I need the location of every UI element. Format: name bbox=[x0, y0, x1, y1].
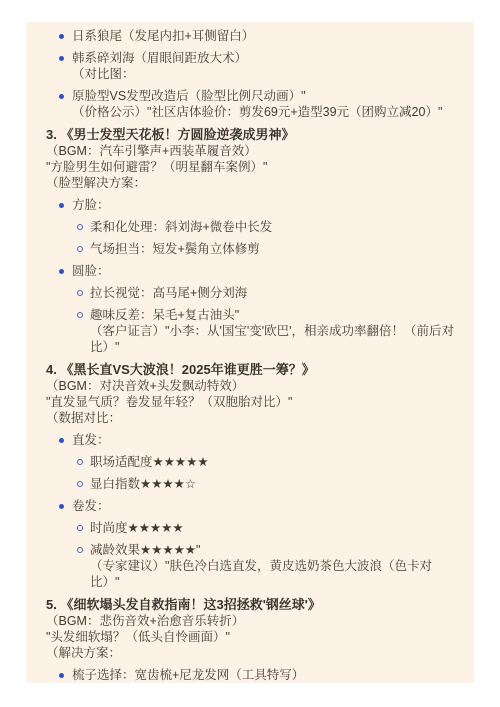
bullet-text: 拉长视觉：高马尾+侧分刘海 bbox=[90, 285, 458, 301]
text-line: "方脸男生如何避雷？（明星翻车案例）" bbox=[46, 159, 458, 175]
bullet-item: 方脸： bbox=[46, 197, 458, 213]
bullet-body: 气场担当：短发+鬓角立体修剪 bbox=[90, 241, 458, 257]
bullet-body: 趣味反差：呆毛+复古油头"（客户证言）"小李：从'国宝'变'欧巴'，相亲成功率翻… bbox=[90, 307, 458, 355]
text-line: （BGM：对决音效+头发飘动特效） bbox=[46, 378, 458, 394]
bullet-text: 职场适配度★★★★★ bbox=[90, 454, 458, 470]
bullet-body: 梳子选择：宽齿梳+尼龙发网（工具特写） bbox=[72, 667, 458, 683]
continuation-line: （对比图： bbox=[72, 66, 458, 82]
bullet-icon bbox=[59, 438, 64, 443]
bullet-item: 圆脸： bbox=[46, 263, 458, 279]
bullet-item: 职场适配度★★★★★ bbox=[46, 454, 458, 470]
text-line: （BGM：汽车引擎声+西装革履音效） bbox=[46, 143, 458, 159]
sub-bullet-icon bbox=[77, 312, 83, 318]
bullet-body: 韩系碎刘海（眉眼间距放大术）（对比图： bbox=[72, 50, 458, 82]
continuation-line: （专家建议）"肤色冷白选直发，黄皮选奶茶色大波浪（色卡对比）" bbox=[90, 558, 458, 590]
bullet-text: 韩系碎刘海（眉眼间距放大术） bbox=[72, 50, 458, 66]
heading-title: 《黑长直VS大波浪！2025年谁更胜一筹？》 bbox=[60, 362, 314, 377]
bullet-body: 日系狼尾（发尾内扣+耳侧留白） bbox=[72, 28, 458, 44]
bullet-item: 韩系碎刘海（眉眼间距放大术）（对比图： bbox=[46, 50, 458, 82]
sub-bullet-icon bbox=[77, 224, 83, 230]
heading-number: 3. bbox=[46, 127, 60, 142]
text-line: （解决方案： bbox=[46, 645, 458, 661]
bullet-icon bbox=[59, 269, 64, 274]
bullet-text: 时尚度★★★★★ bbox=[90, 520, 458, 536]
bullet-body: 显白指数★★★★☆ bbox=[90, 476, 458, 492]
bullet-icon bbox=[59, 34, 64, 39]
bullet-item: 日系狼尾（发尾内扣+耳侧留白） bbox=[46, 28, 458, 44]
text-line: （数据对比： bbox=[46, 410, 458, 426]
bullet-item: 减龄效果★★★★★"（专家建议）"肤色冷白选直发，黄皮选奶茶色大波浪（色卡对比）… bbox=[46, 542, 458, 590]
section-heading: 3. 《男士发型天花板！方圆脸逆袭成男神》 bbox=[46, 127, 458, 143]
bullet-item: 卷发： bbox=[46, 498, 458, 514]
bullet-item: 梳子选择：宽齿梳+尼龙发网（工具特写） bbox=[46, 667, 458, 683]
sub-bullet-icon bbox=[77, 290, 83, 296]
bullet-icon bbox=[59, 203, 64, 208]
bullet-text: 气场担当：短发+鬓角立体修剪 bbox=[90, 241, 458, 257]
bullet-icon bbox=[59, 673, 64, 678]
section-heading: 4. 《黑长直VS大波浪！2025年谁更胜一筹？》 bbox=[46, 362, 458, 378]
paragraph: （BGM：悲伤音效+治愈音乐转折）"头发细软塌？（低头自怜画面）"（解决方案： bbox=[46, 613, 458, 661]
bullet-text: 圆脸： bbox=[72, 263, 458, 279]
bullet-body: 减龄效果★★★★★"（专家建议）"肤色冷白选直发，黄皮选奶茶色大波浪（色卡对比）… bbox=[90, 542, 458, 590]
sub-bullet-icon bbox=[77, 459, 83, 465]
heading-title: 《细软塌头发自救指南！这3招拯救'钢丝球'》 bbox=[60, 597, 320, 612]
bullet-text: 日系狼尾（发尾内扣+耳侧留白） bbox=[72, 28, 458, 44]
paragraph: （BGM：汽车引擎声+西装革履音效）"方脸男生如何避雷？（明星翻车案例）"（脸型… bbox=[46, 143, 458, 191]
bullet-text: 原脸型VS发型改造后（脸型比例尺动画）" bbox=[72, 88, 458, 104]
text-line: "头发细软塌？（低头自怜画面）" bbox=[46, 629, 458, 645]
bullet-text: 显白指数★★★★☆ bbox=[90, 476, 458, 492]
bullet-body: 卷发： bbox=[72, 498, 458, 514]
bullet-item: 趣味反差：呆毛+复古油头"（客户证言）"小李：从'国宝'变'欧巴'，相亲成功率翻… bbox=[46, 307, 458, 355]
heading-title: 《男士发型天花板！方圆脸逆袭成男神》 bbox=[60, 127, 294, 142]
bullet-body: 直发： bbox=[72, 432, 458, 448]
bullet-item: 显白指数★★★★☆ bbox=[46, 476, 458, 492]
bullet-item: 直发： bbox=[46, 432, 458, 448]
bullet-item: 柔和化处理：斜刘海+微卷中长发 bbox=[46, 219, 458, 235]
sub-bullet-icon bbox=[77, 481, 83, 487]
bullet-icon bbox=[59, 94, 64, 99]
bullet-item: 拉长视觉：高马尾+侧分刘海 bbox=[46, 285, 458, 301]
bullet-body: 拉长视觉：高马尾+侧分刘海 bbox=[90, 285, 458, 301]
bullet-item: 气场担当：短发+鬓角立体修剪 bbox=[46, 241, 458, 257]
bullet-body: 职场适配度★★★★★ bbox=[90, 454, 458, 470]
heading-number: 4. bbox=[46, 362, 60, 377]
sub-bullet-icon bbox=[77, 246, 83, 252]
bullet-icon bbox=[59, 504, 64, 509]
bullet-body: 柔和化处理：斜刘海+微卷中长发 bbox=[90, 219, 458, 235]
bullet-body: 原脸型VS发型改造后（脸型比例尺动画）"（价格公示）"社区店体验价：剪发69元+… bbox=[72, 88, 458, 120]
bullet-text: 趣味反差：呆毛+复古油头" bbox=[90, 307, 458, 323]
bullet-text: 柔和化处理：斜刘海+微卷中长发 bbox=[90, 219, 458, 235]
bullet-text: 卷发： bbox=[72, 498, 458, 514]
continuation-line: （价格公示）"社区店体验价：剪发69元+造型39元（团购立减20）" bbox=[72, 104, 458, 120]
bullet-text: 减龄效果★★★★★" bbox=[90, 542, 458, 558]
bullet-body: 方脸： bbox=[72, 197, 458, 213]
sub-bullet-icon bbox=[77, 547, 83, 553]
bullet-body: 圆脸： bbox=[72, 263, 458, 279]
bullet-body: 时尚度★★★★★ bbox=[90, 520, 458, 536]
bullet-text: 直发： bbox=[72, 432, 458, 448]
bullet-item: 时尚度★★★★★ bbox=[46, 520, 458, 536]
text-line: "直发显气质？卷发显年轻？（双胞胎对比）" bbox=[46, 394, 458, 410]
bullet-text: 梳子选择：宽齿梳+尼龙发网（工具特写） bbox=[72, 667, 458, 683]
bullet-item: 原脸型VS发型改造后（脸型比例尺动画）"（价格公示）"社区店体验价：剪发69元+… bbox=[46, 88, 458, 120]
bullet-text: 方脸： bbox=[72, 197, 458, 213]
section-heading: 5. 《细软塌头发自救指南！这3招拯救'钢丝球'》 bbox=[46, 597, 458, 613]
paragraph: （BGM：对决音效+头发飘动特效）"直发显气质？卷发显年轻？（双胞胎对比）"（数… bbox=[46, 378, 458, 426]
document-panel: 日系狼尾（发尾内扣+耳侧留白）韩系碎刘海（眉眼间距放大术）（对比图：原脸型VS发… bbox=[26, 22, 474, 683]
text-line: （BGM：悲伤音效+治愈音乐转折） bbox=[46, 613, 458, 629]
sub-bullet-icon bbox=[77, 525, 83, 531]
text-line: （脸型解决方案： bbox=[46, 175, 458, 191]
continuation-line: （客户证言）"小李：从'国宝'变'欧巴'，相亲成功率翻倍！（前后对比）" bbox=[90, 323, 458, 355]
heading-number: 5. bbox=[46, 597, 60, 612]
bullet-icon bbox=[59, 56, 64, 61]
document-body: 日系狼尾（发尾内扣+耳侧留白）韩系碎刘海（眉眼间距放大术）（对比图：原脸型VS发… bbox=[46, 28, 458, 683]
